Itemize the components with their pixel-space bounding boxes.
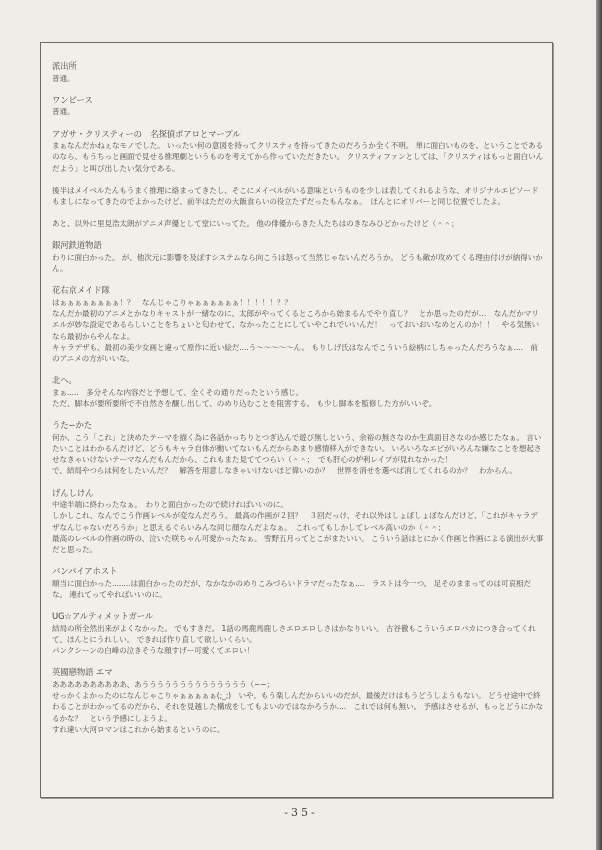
review-section: UG☆アルティメットガール結局の所全然出来がよくなかった。 でもすきだ。 1話の… <box>52 611 544 656</box>
review-section: 派出所普通。 <box>52 61 544 84</box>
review-title: UG☆アルティメットガール <box>52 611 544 623</box>
review-section: 北へ。まぁ..... 多分そんな内容だと予想して、全くその通りだったという感じ。… <box>52 375 544 409</box>
review-text: あと、以外に里見浩太朗がアニメ声優として堂にいってた。 他の俳優からきた人たちは… <box>52 218 544 229</box>
review-title: 英國戀物語 エマ <box>52 667 544 679</box>
review-text: まぁ..... 多分そんな内容だと予想して、全くその通りだったという感じ。 <box>52 387 544 398</box>
review-text: ああああああああああ、あうううううううううううううう（−−； <box>52 679 544 690</box>
review-text: わりに面白かった。 が、他次元に影響を及ぼすシステムなら向こうは怒って当然じゃな… <box>52 252 544 274</box>
review-text: キャラデザも、最初の美少女画と違って原作に近い絵だ....う〜〜〜〜〜ん。 もり… <box>52 342 544 364</box>
review-text: しかしこれ、なんでこう作画レベルが変なんだろう。 最高の作画が２回？ ３回だっけ… <box>52 510 544 532</box>
review-text: 順当に面白かった........は面白かったのだが、なかなかのめりこみづらいドラ… <box>52 578 544 600</box>
review-text: 何か、こう「これ」と決めたテーマを描く為に各話かっちりとつぎ込んで遊び無しという… <box>52 432 544 466</box>
review-frame: 派出所普通。ワンピース普通。アガサ・クリスティーの 名探偵ポアロとマープルまぁな… <box>40 42 553 798</box>
review-list: 派出所普通。ワンピース普通。アガサ・クリスティーの 名探偵ポアロとマープルまぁな… <box>52 61 544 746</box>
review-text: パンクシーンの白峰の泣きそうな顔すげー可愛くてエロい！ <box>52 645 544 656</box>
review-text: 後半はメイベルたんもうまく推理に絡まってきたし、そこにメイベルがいる意味というも… <box>52 185 544 207</box>
review-title: 派出所 <box>52 61 544 73</box>
review-section: 銀河鉄道物語わりに面白かった。 が、他次元に影響を及ぼすシステムなら向こうは怒っ… <box>52 240 544 274</box>
review-section: ワンピース普通。 <box>52 95 544 118</box>
review-section: 英國戀物語 エマああああああああああ、あうううううううううううううう（−−；せっ… <box>52 667 544 735</box>
page-edge-shadow <box>596 0 602 850</box>
review-text: 普通。 <box>52 106 544 117</box>
review-title: 北へ。 <box>52 375 544 387</box>
review-text: なんだか最初のアニメとかなりキャストが一緒なのに、太郎がやってくるところから始ま… <box>52 308 544 342</box>
review-text: ただ、脚本が要所要所で不自然さを醸し出して、のめり込むことを阻害する。 も少し脚… <box>52 398 544 409</box>
review-title: 花右京メイド隊 <box>52 285 544 297</box>
review-text: 普通。 <box>52 73 544 84</box>
review-title: ワンピース <box>52 95 544 107</box>
paragraph-gap <box>52 174 544 185</box>
review-text: はぁぁぁぁぁぁぁぁ！？ なんじゃこりゃぁぁぁぁぁぁ！！！！！？？ <box>52 297 544 308</box>
review-text: すれ違い大河ロマンはこれから始まるというのに。 <box>52 724 544 735</box>
review-title: バンパイアホスト <box>52 566 544 578</box>
review-section: アガサ・クリスティーの 名探偵ポアロとマープルまぁなんだかねぇなモノでした。 い… <box>52 129 544 230</box>
review-text: で、結局やつらは何をしたいんだ？ 解答を用意しなきゃいけないほど偉いのか？ 世界… <box>52 465 544 476</box>
review-section: バンパイアホスト順当に面白かった........は面白かったのだが、なかなかのめ… <box>52 566 544 600</box>
review-section: うた∽かた何か、こう「これ」と決めたテーマを描く為に各話かっちりとつぎ込んで遊び… <box>52 420 544 476</box>
review-text: まぁなんだかねぇなモノでした。 いったい何の意図を持ってクリスティを持ってきたの… <box>52 140 544 174</box>
review-section: げんしけん中途半端に終わったなぁ。 わりと面白かったので続ければいいのに。しかし… <box>52 488 544 556</box>
review-text: 中途半端に終わったなぁ。 わりと面白かったので続ければいいのに。 <box>52 499 544 510</box>
review-text: 結局の所全然出来がよくなかった。 でもすきだ。 1話の馬鹿馬鹿しさエロエロしさは… <box>52 623 544 645</box>
review-title: うた∽かた <box>52 420 544 432</box>
review-text: 最高のレベルの作画の時の、泣いた咲ちゃん可愛かったなぁ。 雪野五月ってとこがまた… <box>52 533 544 555</box>
review-section: 花右京メイド隊はぁぁぁぁぁぁぁぁ！？ なんじゃこりゃぁぁぁぁぁぁ！！！！！？？な… <box>52 285 544 364</box>
review-title: 銀河鉄道物語 <box>52 240 544 252</box>
page-number: -35- <box>0 806 602 819</box>
review-title: げんしけん <box>52 488 544 500</box>
paragraph-gap <box>52 207 544 218</box>
review-title: アガサ・クリスティーの 名探偵ポアロとマープル <box>52 129 544 141</box>
review-text: せっかくよかったのになんじゃこりゃぁぁぁぁぁ(;_;) いや、もう楽しんだからい… <box>52 690 544 724</box>
